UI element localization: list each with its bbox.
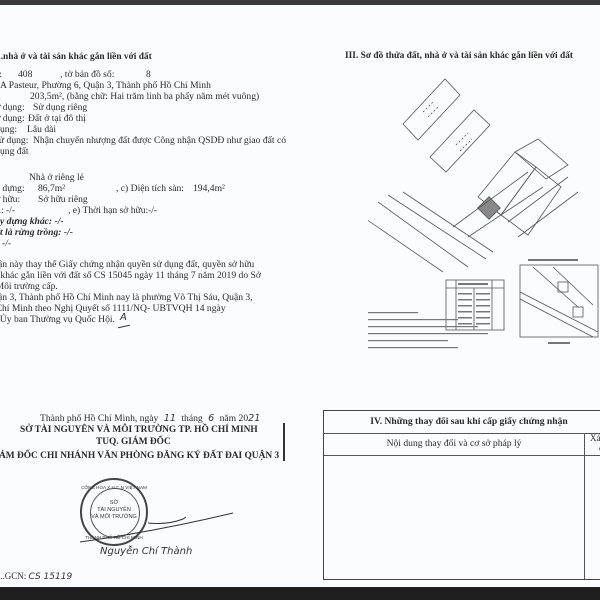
level-value: -/- [6, 205, 15, 216]
seal-top-text: CỘNG HÒA X.H.C.N VIỆT NAM [80, 484, 148, 491]
term-value: Lâu dài [27, 124, 56, 135]
use-form-label: ...ử dụng: [0, 102, 25, 113]
parcel-number: 408 [18, 69, 32, 80]
changes-table-columns: Nội dung thay đổi và cơ sở pháp lý Xác n… [324, 433, 600, 456]
year-label: năm 20 [220, 413, 249, 424]
issuing-authority: SỞ TÀI NGUYÊN VÀ MÔI TRƯỜNG TP. HỒ CHÍ M… [20, 425, 258, 436]
signer-name: Nguyễn Chí Thành [100, 546, 192, 557]
right-section-title: III. Sơ đồ thửa đất, nhà ở và tài sản kh… [345, 51, 573, 62]
month-label: tháng [181, 413, 202, 424]
ownership-term-label: , e) Thời hạn sở hữu: [68, 205, 148, 216]
certificate-number-label: ...GCN: [0, 571, 26, 581]
level-label: ...: [0, 205, 4, 216]
address: ...0A Pasteur, Phường 6, Quận 3, Thành p… [0, 80, 211, 91]
purpose-label: ...ử dụng: [0, 113, 25, 124]
term-label: ...dụng: [0, 124, 17, 135]
date-year-suffix: 21 [248, 413, 260, 424]
on-behalf-title: TUQ. GIÁM ĐỐC [96, 437, 171, 448]
date-day: 11 [164, 413, 176, 424]
perennial-trees: -/- [2, 238, 11, 249]
date-month: 6 [208, 413, 214, 424]
initial-stroke [283, 423, 285, 461]
ownership-term-value: -/- [148, 205, 157, 216]
map-sheet-number: 8 [146, 69, 151, 80]
bottom-frame-edge [0, 587, 600, 600]
built-area-value: 86,7m² [38, 183, 65, 194]
signature-scribble [78, 505, 238, 545]
note-line: ...a Ủy ban Thường vụ Quốc Hội. [0, 314, 115, 325]
signer-position: ...ÁM ĐỐC CHI NHÁNH VĂN PHÒNG ĐĂNG KÝ ĐẤ… [0, 451, 279, 462]
origin-value: Nhận chuyển nhượng đất được Công nhận QS… [33, 135, 286, 146]
ownership-label: ...ở hữu: [0, 194, 20, 205]
built-area-label: ...y dựng: [0, 183, 25, 194]
purpose-value: Đất ở tại đô thị [28, 113, 86, 124]
house-type: Nhà ở riêng lẻ [29, 172, 84, 183]
note-line: ...hận này thay thế Giấy chứng nhận quyề… [0, 259, 254, 270]
initial-underline [118, 325, 130, 328]
certificate-number-value: CS 15119 [29, 572, 73, 582]
date-line: Thành phố Hồ Chí Minh, ngày 11 tháng 6 n… [40, 413, 260, 424]
handwritten-initial: A [120, 312, 127, 323]
changes-table-header: IV. Những thay đổi sau khi cấp giấy chứn… [324, 411, 600, 434]
land-area: 203,5m², (bằng chữ: Hai trăm linh ba phẩ… [30, 91, 259, 102]
column-header-change-content: Nội dung thay đổi và cơ sở pháp lý [324, 438, 584, 449]
other-construction: ...ây dựng khác: -/- [0, 216, 64, 227]
certificate-number-line: ...GCN: CS 15119 [0, 571, 72, 583]
changes-after-issuance-table: IV. Những thay đổi sau khi cấp giấy chứn… [323, 410, 600, 580]
parcel-label: ...: [0, 69, 2, 80]
origin-label: ...sử dụng: [0, 135, 28, 146]
ownership-value: Sở hữu riêng [38, 194, 88, 205]
land-parcel-diagram [368, 67, 600, 387]
floor-area-label: , c) Diện tích sàn: [116, 183, 184, 194]
note-line: ... Môi trường cấp. [0, 281, 58, 292]
left-section-title: ...nhà ở và tài sản khác gắn liền với đấ… [0, 52, 152, 63]
map-sheet-label: , tờ bản đồ số: [60, 69, 114, 80]
note-line: ...n khác gắn liền với đất số CS 15045 n… [0, 270, 261, 281]
floor-area-value: 194,4m² [193, 183, 225, 194]
use-form-value: Sử dụng riêng [33, 102, 87, 113]
note-line: ... Chí Minh theo Nghị Quyết số 1111/NQ-… [0, 303, 226, 314]
date-prefix: Thành phố Hồ Chí Minh, ngày [40, 413, 158, 424]
column-divider [584, 433, 585, 579]
origin-value-cont: ...dụng đất [0, 146, 29, 157]
land-use-certificate-page: ...nhà ở và tài sản khác gắn liền với đấ… [0, 5, 600, 587]
plantation-forest: ...ất là rừng trồng: -/- [0, 227, 73, 238]
note-line: ...uận 3, Thành phố Hồ Chí Minh nay là p… [0, 292, 253, 303]
changes-table-title: IV. Những thay đổi sau khi cấp giấy chứn… [324, 416, 600, 427]
